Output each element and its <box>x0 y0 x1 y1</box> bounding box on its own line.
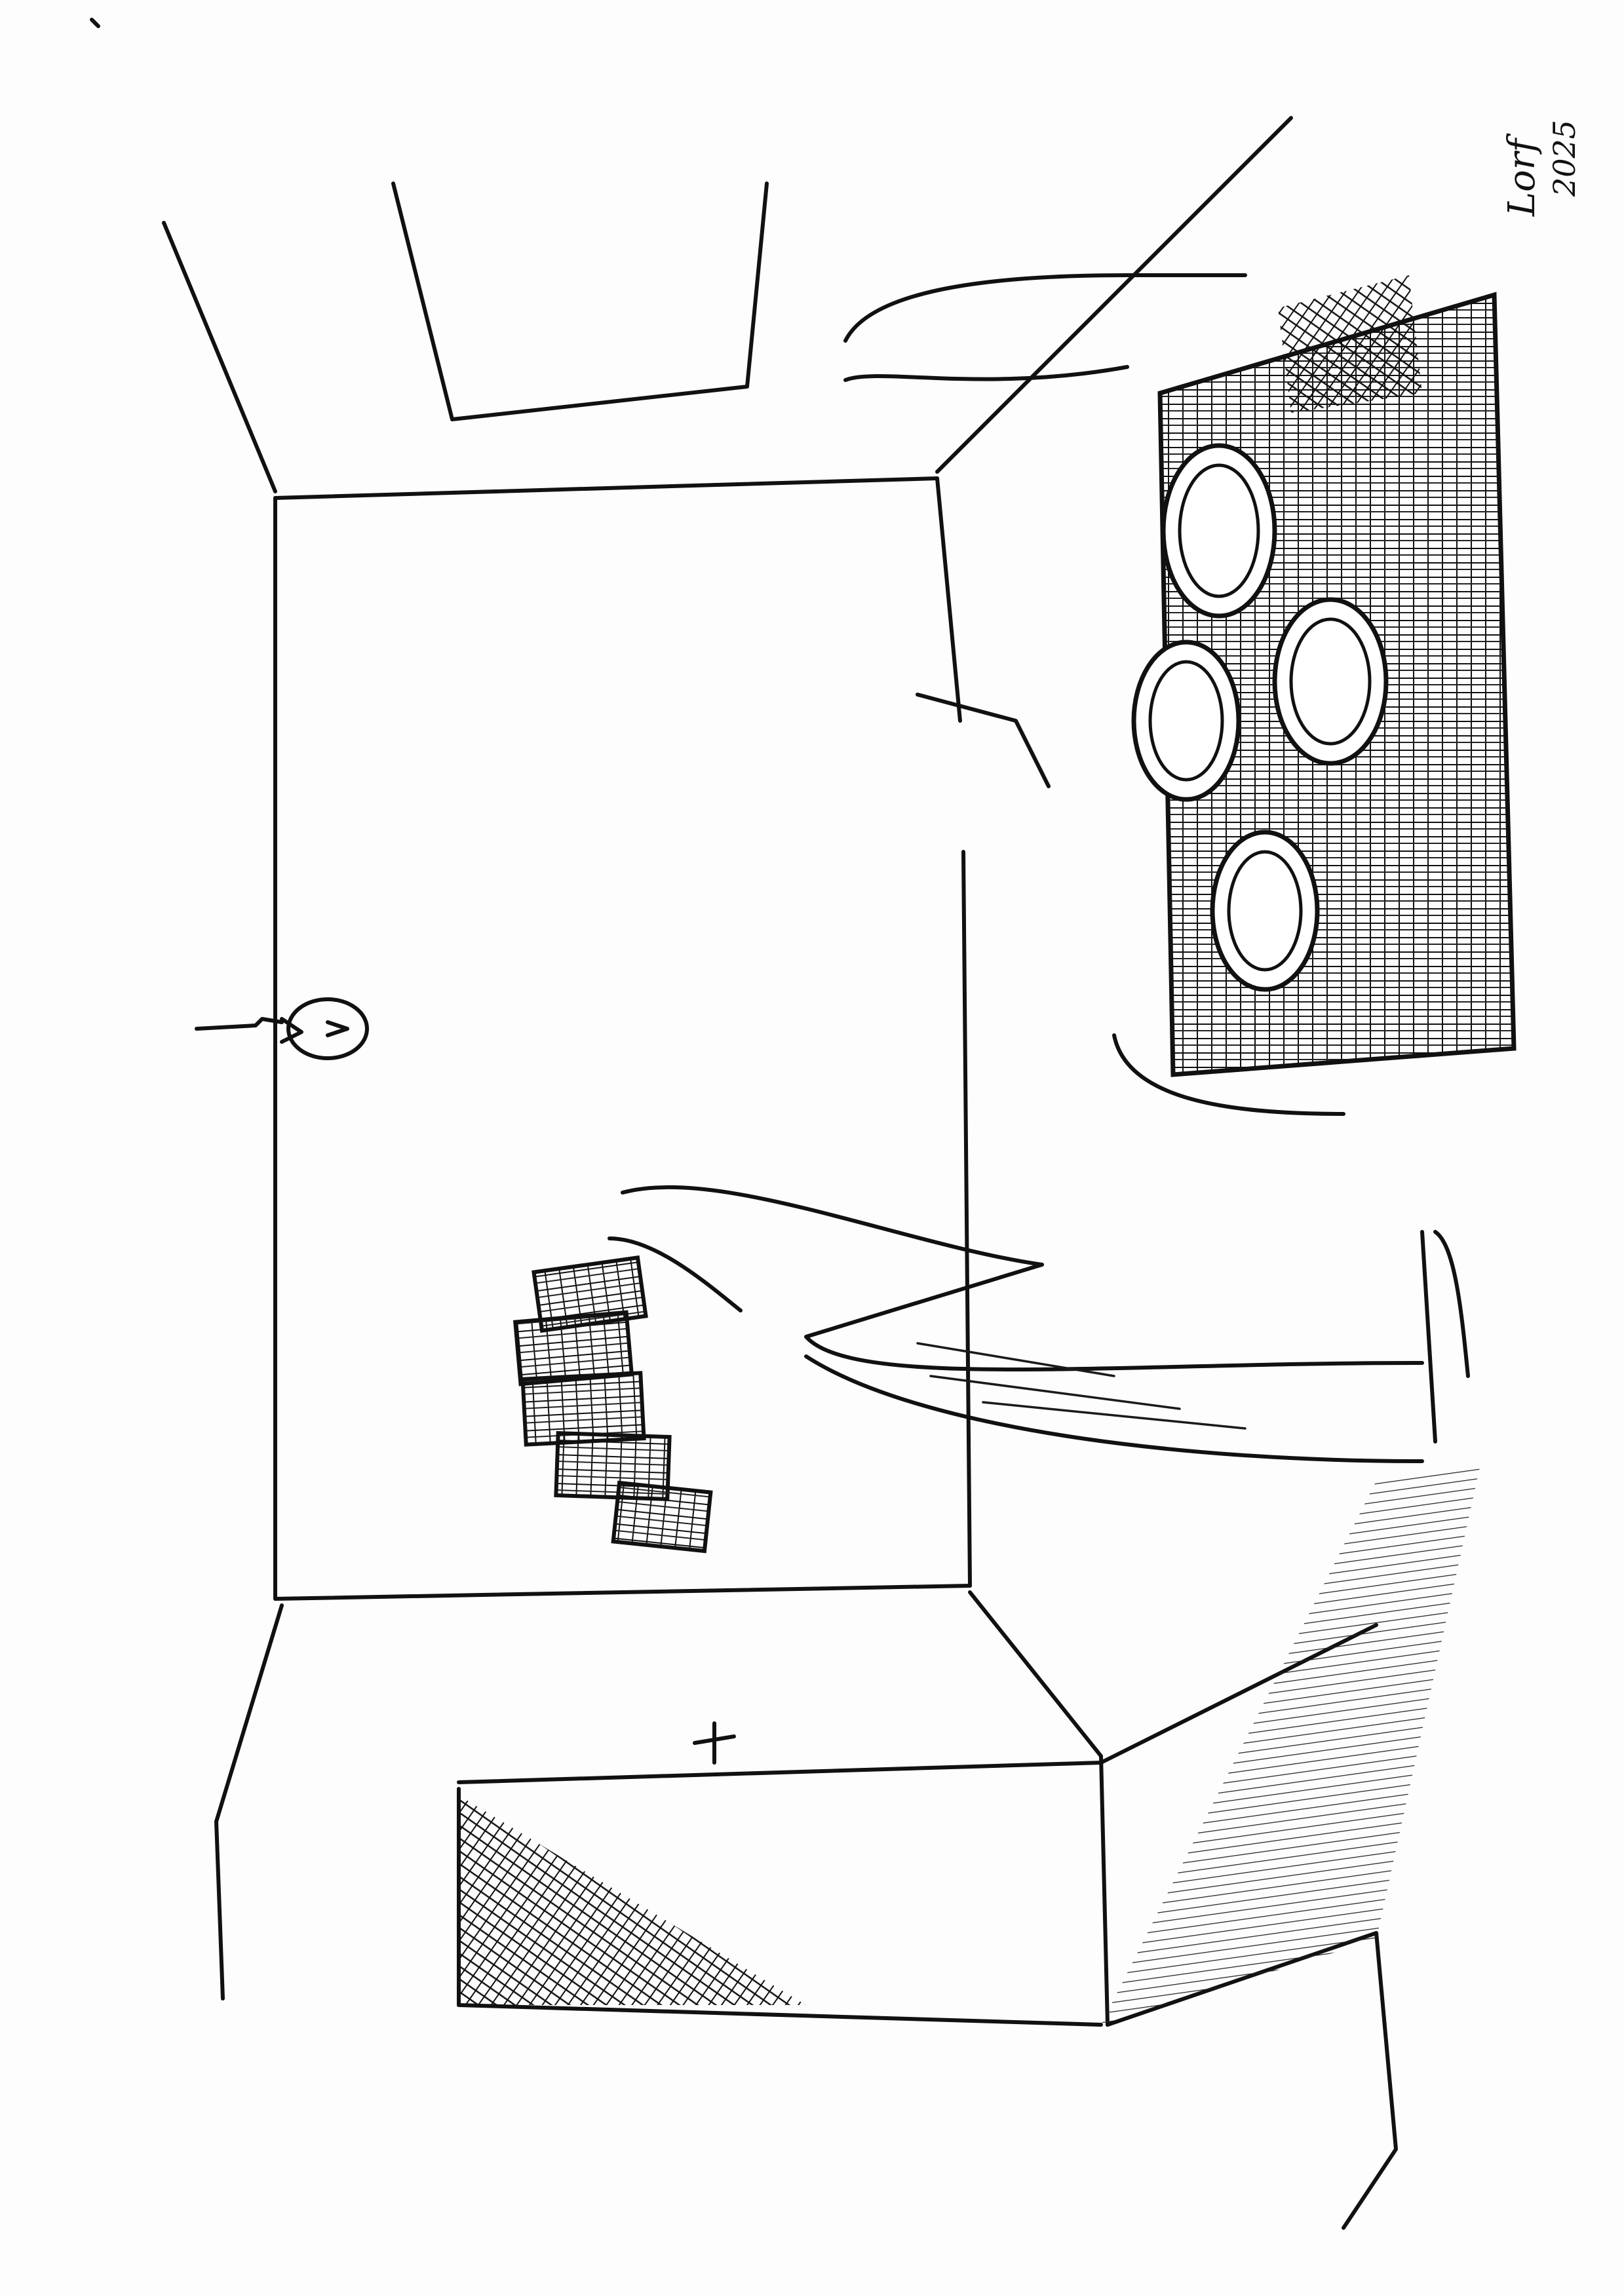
floor-shading <box>1101 1461 1481 2025</box>
speck <box>92 20 98 26</box>
small-star <box>695 1723 734 1763</box>
playing-cards <box>515 1257 710 1551</box>
hand <box>918 695 1049 786</box>
cabinet <box>845 275 1514 1114</box>
figure <box>609 1187 1468 1461</box>
signature-date: 2025 <box>1547 120 1582 197</box>
ink-drawing: Lorf 2025 <box>0 0 1624 2296</box>
light-bulb <box>197 999 367 1058</box>
dark-corner <box>459 1795 806 2005</box>
drawing-canvas <box>0 0 1624 2296</box>
figure-arm-top <box>845 275 1245 341</box>
artist-signature: Lorf <box>1501 139 1543 216</box>
